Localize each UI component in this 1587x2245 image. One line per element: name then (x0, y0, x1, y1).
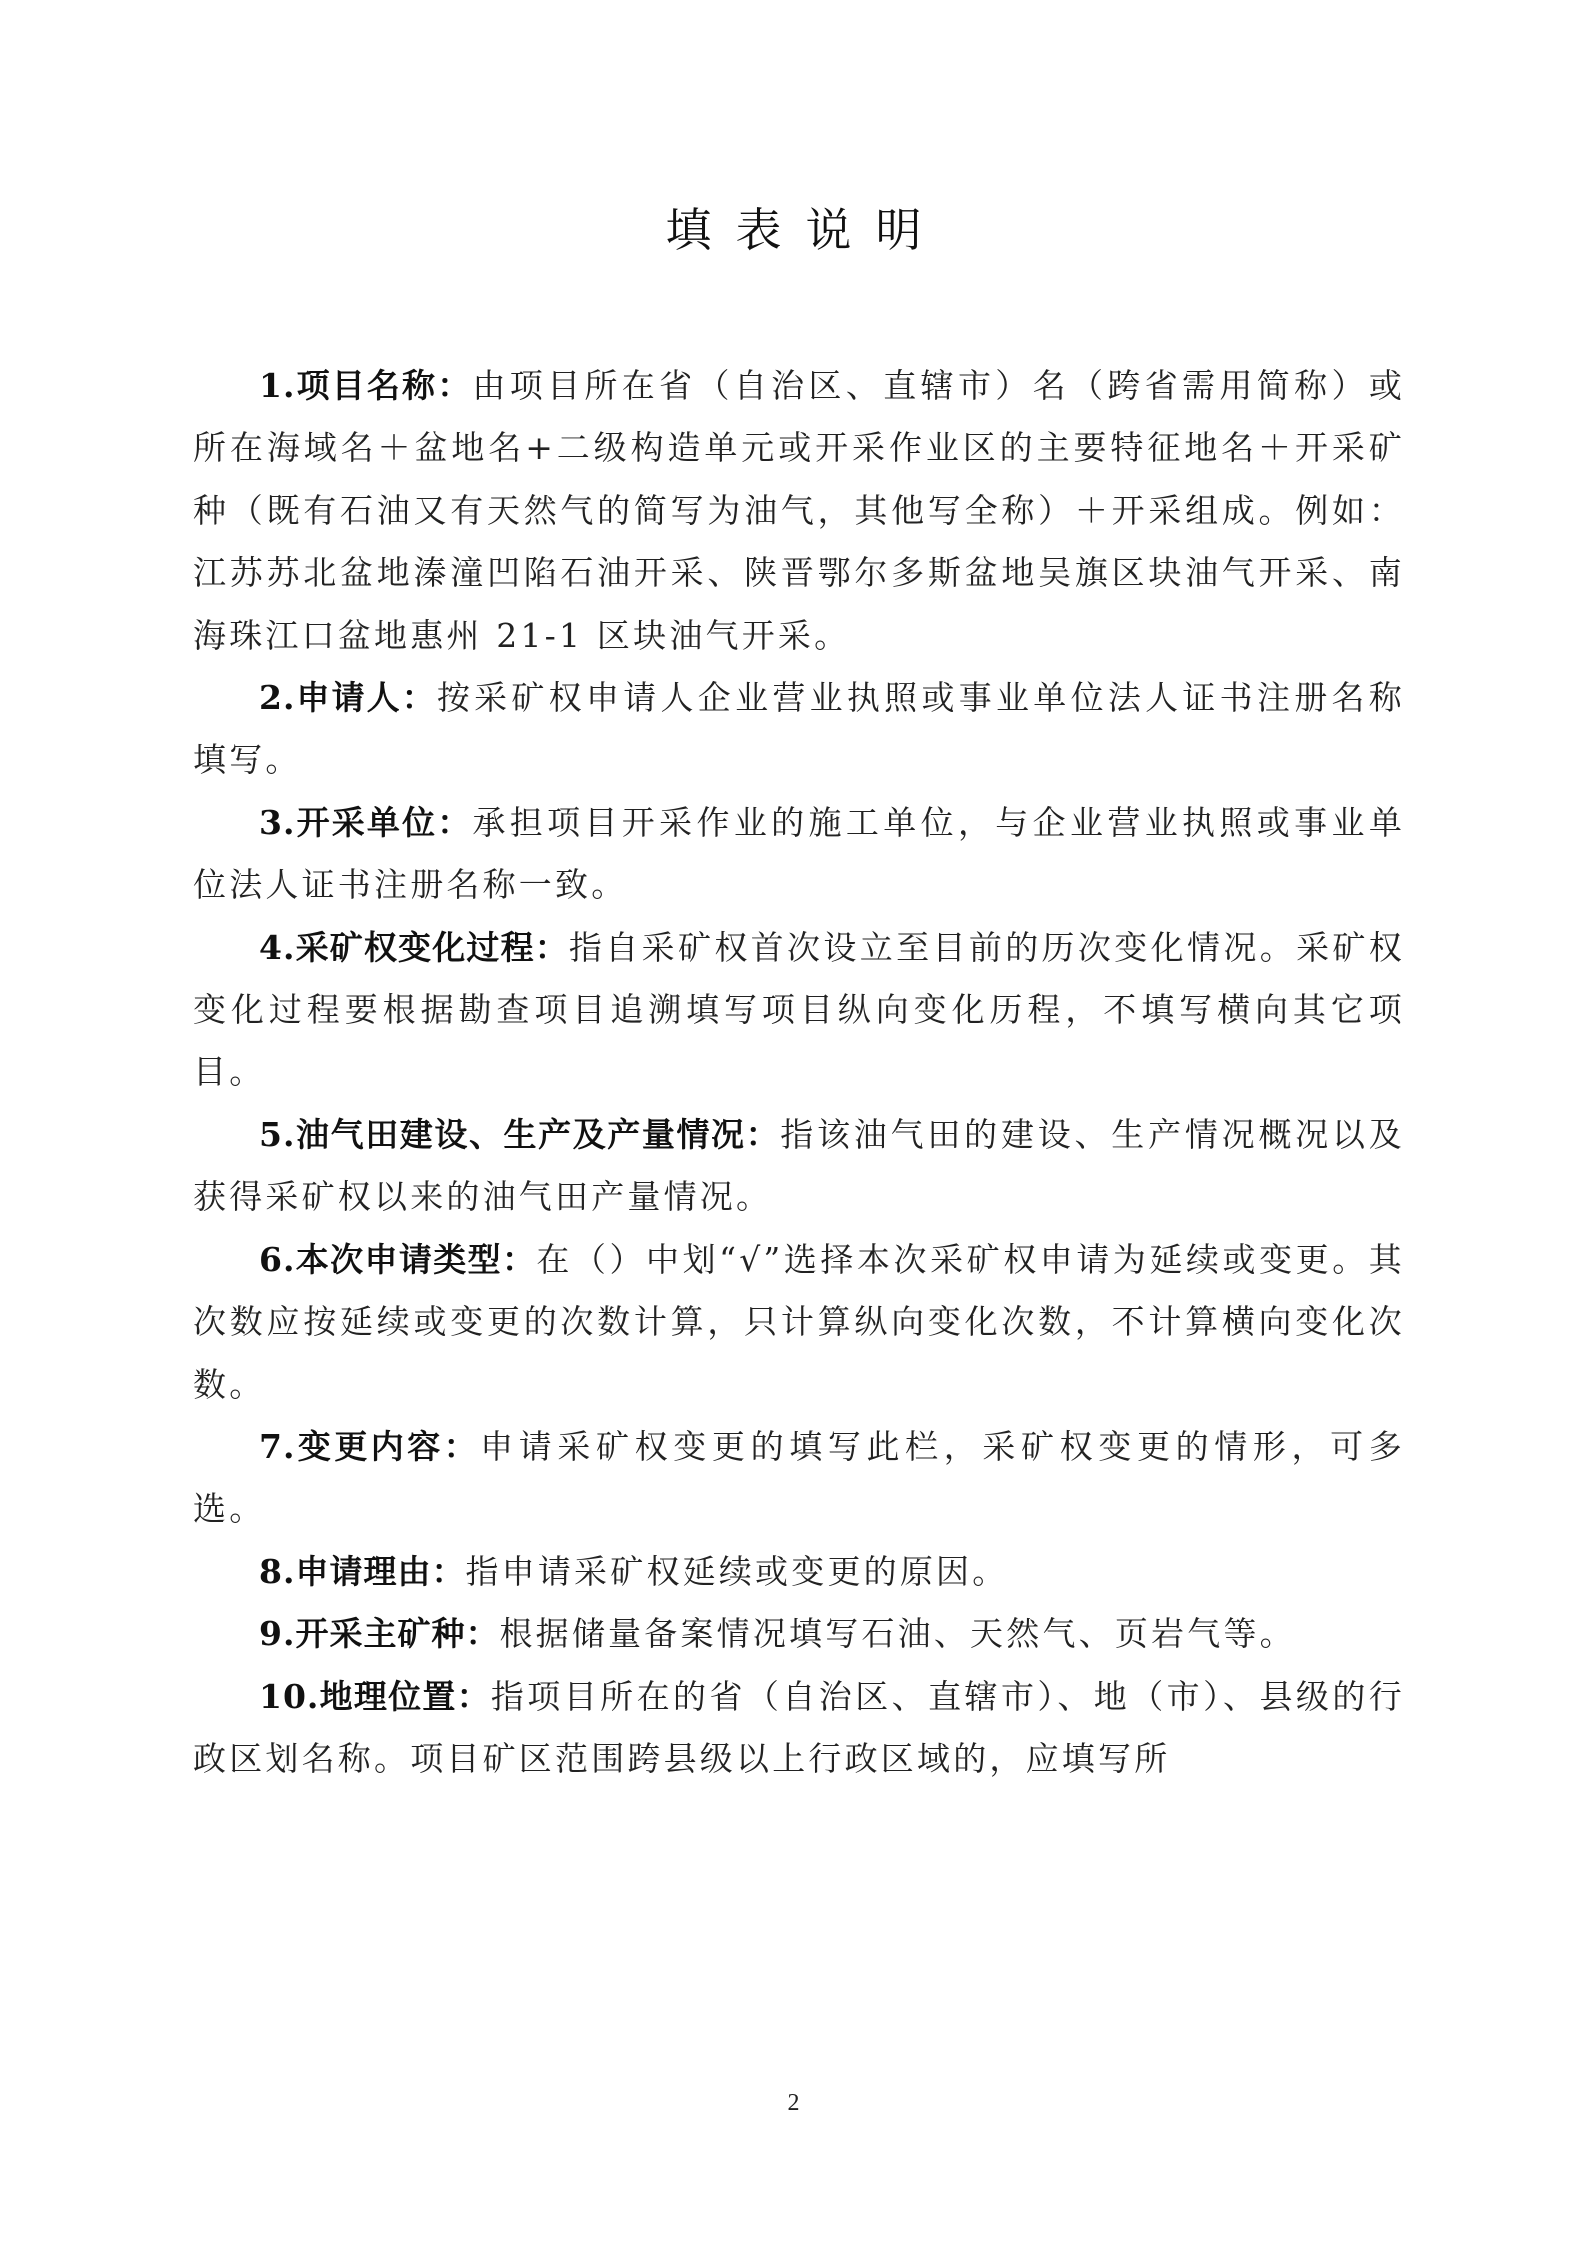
instruction-item-9: 9.开采主矿种：根据储量备案情况填写石油、天然气、页岩气等。 (193, 1603, 1405, 1665)
instruction-heading: 6.本次申请类型： (259, 1240, 536, 1279)
instructions-body: 1.项目名称：由项目所在省（自治区、直辖市）名（跨省需用简称）或所在海域名＋盆地… (193, 355, 1405, 1790)
instruction-item-10: 10.地理位置：指项目所在的省（自治区、直辖市）、地（市）、县级的行政区划名称。… (193, 1666, 1405, 1791)
page-title: 填表说明 (0, 198, 1587, 262)
instruction-heading: 3.开采单位： (259, 803, 472, 842)
instruction-text: 指申请采矿权延续或变更的原因。 (465, 1552, 1008, 1591)
instruction-text: 由项目所在省（自治区、直辖市）名（跨省需用简称）或所在海域名＋盆地名+二级构造单… (193, 366, 1405, 655)
instruction-item-8: 8.申请理由：指申请采矿权延续或变更的原因。 (193, 1541, 1405, 1603)
instruction-heading: 5.油气田建设、生产及产量情况： (259, 1115, 780, 1154)
instruction-item-5: 5.油气田建设、生产及产量情况：指该油气田的建设、生产情况概况以及获得采矿权以来… (193, 1104, 1405, 1229)
instruction-item-2: 2.申请人：按采矿权申请人企业营业执照或事业单位法人证书注册名称填写。 (193, 667, 1405, 792)
instruction-item-7: 7.变更内容：申请采矿权变更的填写此栏，采矿权变更的情形，可多选。 (193, 1416, 1405, 1541)
instruction-heading: 8.申请理由： (259, 1552, 465, 1591)
instruction-heading: 10.地理位置： (259, 1677, 491, 1716)
instruction-heading: 4.采矿权变化过程： (259, 928, 569, 967)
instruction-heading: 7.变更内容： (259, 1427, 480, 1466)
instruction-heading: 1.项目名称： (259, 366, 472, 405)
document-page: 填表说明 1.项目名称：由项目所在省（自治区、直辖市）名（跨省需用简称）或所在海… (0, 0, 1587, 2245)
page-number: 2 (0, 2090, 1587, 2117)
instruction-item-3: 3.开采单位：承担项目开采作业的施工单位，与企业营业执照或事业单位法人证书注册名… (193, 792, 1405, 917)
instruction-text: 根据储量备案情况填写石油、天然气、页岩气等。 (499, 1614, 1295, 1653)
instruction-heading: 9.开采主矿种： (259, 1614, 499, 1653)
instruction-item-6: 6.本次申请类型：在（）中划“√”选择本次采矿权申请为延续或变更。其次数应按延续… (193, 1229, 1405, 1416)
instruction-item-4: 4.采矿权变化过程：指自采矿权首次设立至目前的历次变化情况。采矿权变化过程要根据… (193, 917, 1405, 1104)
instruction-item-1: 1.项目名称：由项目所在省（自治区、直辖市）名（跨省需用简称）或所在海域名＋盆地… (193, 355, 1405, 667)
instruction-heading: 2.申请人： (259, 678, 437, 717)
